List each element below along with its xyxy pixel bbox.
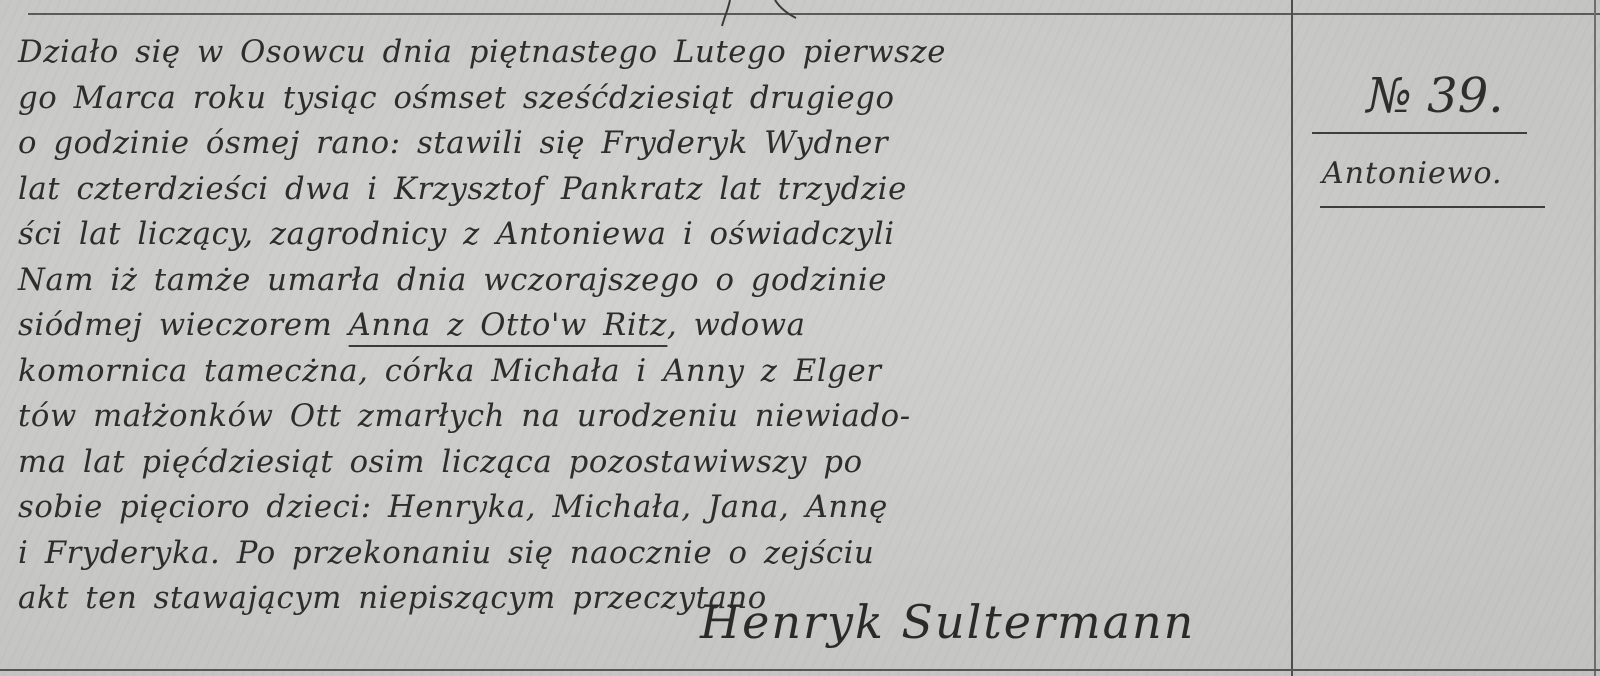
document-page: Działo się w Osowcu dnia piętnastego Lut… — [0, 0, 1600, 676]
text-line-4: lat czterdzieści dwa i Krzysztof Pankrat… — [18, 167, 1280, 213]
text-line-9: tów małżonków Ott zmarłych na urodzeniu … — [18, 394, 1280, 440]
text-line-12: i Fryderyka. Po przekonaniu się naocznie… — [18, 531, 1280, 577]
text-line-6: Nam iż tamże umarła dnia wczorajszego o … — [18, 258, 1280, 304]
text-line-7-start: siódmej wieczorem — [18, 307, 332, 343]
text-line-3: o godzinie ósmej rano: stawili się Fryde… — [18, 121, 1280, 167]
village-name: Antoniewo. — [1300, 134, 1540, 206]
text-line-8: komornica tamecżna, córka Michała i Anny… — [18, 349, 1280, 395]
text-line-1: Działo się w Osowcu dnia piętnastego Lut… — [18, 30, 1280, 76]
deceased-name: Anna z Otto'w Ritz — [349, 307, 667, 347]
right-border-line — [1594, 0, 1596, 676]
record-body: Działo się w Osowcu dnia piętnastego Lut… — [18, 30, 1293, 622]
text-line-11: sobie pięcioro dzieci: Henryka, Michała,… — [18, 485, 1280, 531]
text-line-5: ści lat liczący, zagrodnicy z Antoniewa … — [18, 212, 1280, 258]
text-line-7-end: , wdowa — [667, 307, 806, 343]
top-flourish-stroke — [700, 0, 820, 30]
text-line-7: siódmej wieczorem Anna z Otto'w Ritz, wd… — [18, 303, 1280, 349]
official-signature: Henryk Sultermann — [700, 595, 1195, 649]
bottom-rule-line — [0, 669, 1600, 671]
text-line-2: go Marca roku tysiąc ośmset sześćdziesią… — [18, 76, 1280, 122]
margin-annotation: № 39. Antoniewo. — [1300, 60, 1540, 208]
record-number: № 39. — [1300, 60, 1540, 132]
text-line-10: ma lat pięćdziesiąt osim licząca pozosta… — [18, 440, 1280, 486]
village-underline — [1320, 206, 1545, 208]
